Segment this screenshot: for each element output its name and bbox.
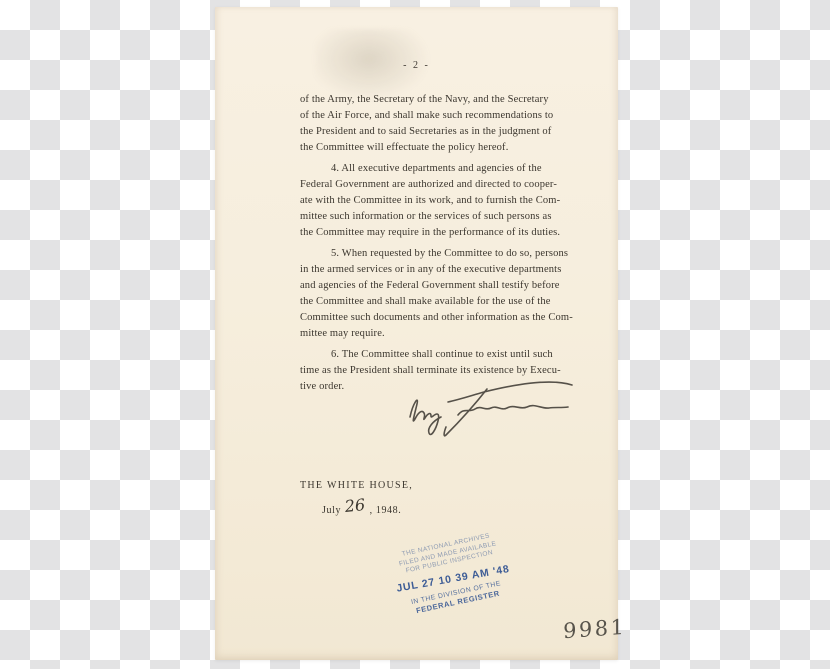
text-line: 4. All executive departments and agencie… bbox=[300, 161, 580, 177]
page-number: - 2 - bbox=[215, 60, 618, 71]
text-line: 5. When requested by the Committee to do… bbox=[300, 246, 580, 262]
text-line: ate with the Committee in its work, and … bbox=[300, 193, 580, 209]
paragraph-5: 5. When requested by the Committee to do… bbox=[300, 246, 580, 342]
text-line: mittee such information or the services … bbox=[300, 209, 580, 225]
date-prefix: July bbox=[322, 505, 341, 516]
handwritten-day: 26 bbox=[344, 495, 366, 516]
text-line: Committee such documents and other infor… bbox=[300, 310, 580, 326]
national-archives-stamp: THE NATIONAL ARCHIVES FILED AND MADE AVA… bbox=[376, 527, 529, 621]
transparency-background: - 2 - of the Army, the Secretary of the … bbox=[0, 0, 830, 669]
text-line: the Committee will effectuate the policy… bbox=[300, 140, 580, 156]
paragraph-continuation: of the Army, the Secretary of the Navy, … bbox=[300, 92, 580, 156]
text-line: Federal Government are authorized and di… bbox=[300, 177, 580, 193]
date-suffix: , 1948. bbox=[370, 505, 402, 516]
signature-stroke-harry bbox=[410, 400, 441, 434]
handwritten-number: 9981 bbox=[563, 615, 626, 643]
date-line: July 26 , 1948. bbox=[322, 498, 413, 517]
white-house-line: THE WHITE HOUSE, bbox=[300, 479, 413, 493]
signature-name: Harry Truman bbox=[400, 449, 401, 450]
text-line: mittee may require. bbox=[300, 326, 580, 342]
text-line: the Committee may require in the perform… bbox=[300, 225, 580, 241]
signature-stroke-stem bbox=[444, 389, 487, 436]
closing-block: THE WHITE HOUSE, July 26 , 1948. bbox=[300, 479, 413, 517]
document-page: - 2 - of the Army, the Secretary of the … bbox=[215, 7, 618, 660]
document-body: of the Army, the Secretary of the Navy, … bbox=[300, 92, 580, 400]
text-line: 6. The Committee shall continue to exist… bbox=[300, 347, 580, 363]
text-line: the President and to said Secretaries as… bbox=[300, 124, 580, 140]
paragraph-4: 4. All executive departments and agencie… bbox=[300, 161, 580, 241]
signature-harry-truman: Harry Truman bbox=[400, 377, 590, 449]
signature-stroke-truman bbox=[458, 406, 568, 415]
text-line: of the Air Force, and shall make such re… bbox=[300, 108, 580, 124]
text-line: and agencies of the Federal Government s… bbox=[300, 278, 580, 294]
signature-stroke-flourish bbox=[448, 382, 572, 402]
text-line: in the armed services or in any of the e… bbox=[300, 262, 580, 278]
text-line: of the Army, the Secretary of the Navy, … bbox=[300, 92, 580, 108]
text-line: the Committee and shall make available f… bbox=[300, 294, 580, 310]
